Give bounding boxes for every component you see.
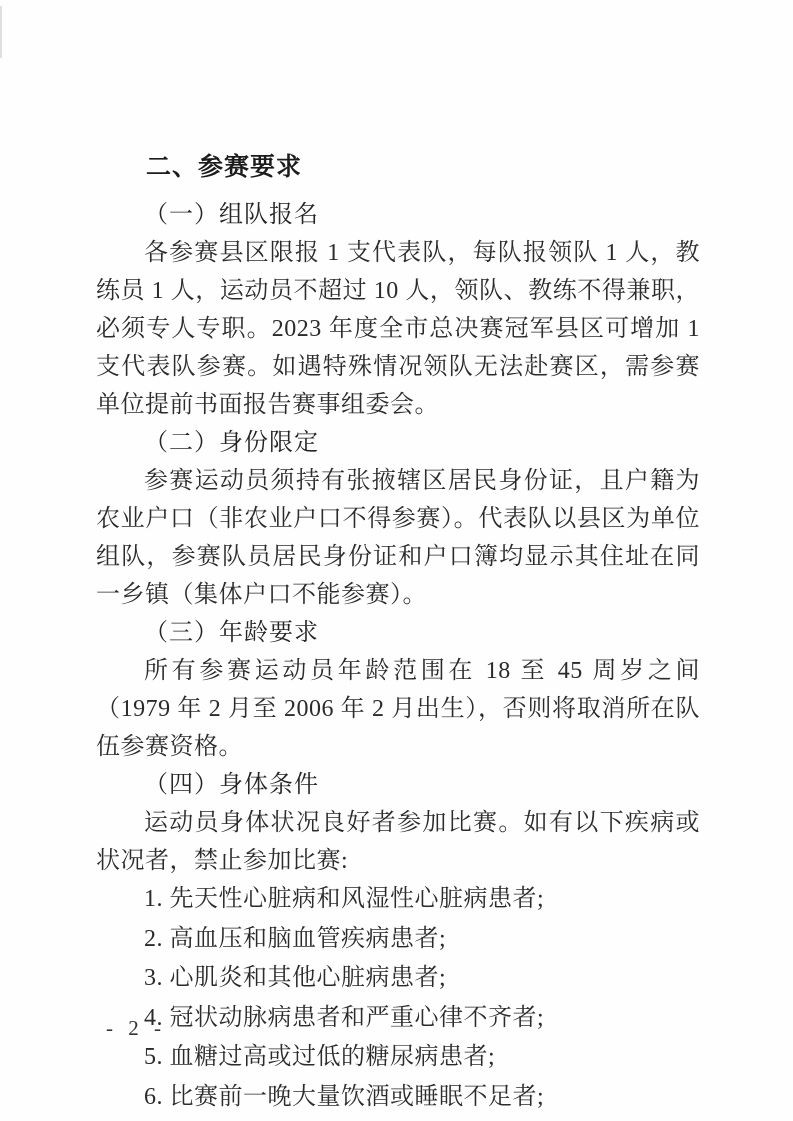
paragraph-identity-restriction: 参赛运动员须持有张掖辖区居民身份证，且户籍为农业户口（非农业户口不得参赛）。代表… xyxy=(96,462,700,614)
subsection-title-age-requirement: （三）年龄要求 xyxy=(96,614,700,652)
scan-edge-artifact xyxy=(0,6,2,58)
document-heading: 二、参赛要求 xyxy=(96,148,700,186)
paragraph-physical-condition: 运动员身体状况良好者参加比赛。如有以下疾病或状况者，禁止参加比赛: xyxy=(96,804,700,880)
list-item-hypertension: 2. 高血压和脑血管疾病患者; xyxy=(96,920,700,960)
scanned-document-page: 二、参赛要求 （一）组队报名 各参赛县区限报 1 支代表队，每队报领队 1 人，… xyxy=(0,0,793,1121)
document-body: 二、参赛要求 （一）组队报名 各参赛县区限报 1 支代表队，每队报领队 1 人，… xyxy=(96,148,700,1117)
paragraph-team-registration: 各参赛县区限报 1 支代表队，每队报领队 1 人，教练员 1 人，运动员不超过 … xyxy=(96,234,700,424)
subsection-title-physical-condition: （四）身体条件 xyxy=(96,766,700,804)
list-item-coronary-artery: 4. 冠状动脉病患者和严重心律不齐者; xyxy=(96,999,700,1039)
list-item-myocarditis: 3. 心肌炎和其他心脏病患者; xyxy=(96,959,700,999)
list-item-alcohol-sleep: 6. 比赛前一晚大量饮酒或睡眠不足者; xyxy=(96,1078,700,1118)
page-number: - 2 - xyxy=(106,1016,166,1041)
paragraph-age-requirement: 所有参赛运动员年龄范围在 18 至 45 周岁之间（1979 年 2 月至 20… xyxy=(96,652,700,766)
list-item-diabetes: 5. 血糖过高或过低的糖尿病患者; xyxy=(96,1038,700,1078)
subsection-title-identity-restriction: （二）身份限定 xyxy=(96,424,700,462)
list-item-congenital-heart-disease: 1. 先天性心脏病和风湿性心脏病患者; xyxy=(96,880,700,920)
subsection-title-team-registration: （一）组队报名 xyxy=(96,196,700,234)
